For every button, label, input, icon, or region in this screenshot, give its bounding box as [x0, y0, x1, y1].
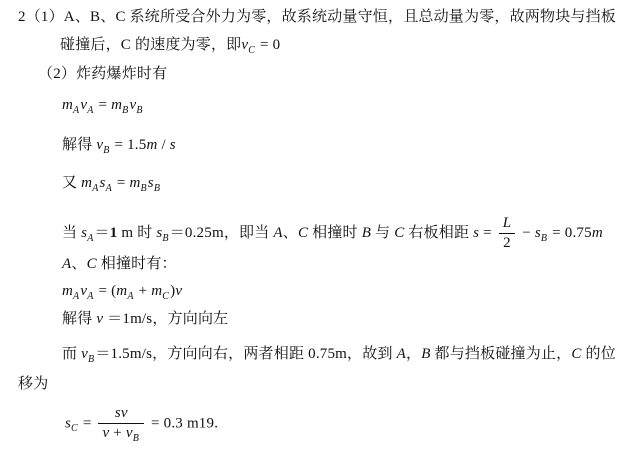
math-variable: C: [571, 346, 581, 362]
math-variable: v: [175, 283, 182, 299]
math-variable: A: [62, 256, 71, 272]
text-run: 的位: [582, 346, 616, 362]
math-variable: s: [170, 137, 176, 153]
math-variable: m: [116, 283, 127, 299]
math-subscript: B: [136, 105, 142, 116]
math-text: = 0: [256, 37, 280, 53]
math-text: +: [135, 283, 152, 299]
math-variable: v: [81, 346, 88, 362]
math-subscript: B: [133, 433, 139, 444]
math-subscript: A: [127, 291, 133, 302]
document-page: 2（1）A、B、C 系统所受合外力为零，故系统动量守恒，且总动量为零，故两物块与…: [0, 0, 625, 458]
math-variable: s: [100, 175, 106, 191]
text-run: 、: [283, 225, 298, 241]
math-subscript: A: [87, 233, 93, 244]
math-subscript: A: [73, 105, 79, 116]
fraction: svv + vB: [98, 405, 144, 443]
math-subscript: B: [162, 233, 168, 244]
fraction-numerator: sv: [98, 405, 144, 424]
math-text: =: [95, 97, 112, 113]
solution-line-4: mAvA = mBvB: [62, 95, 144, 117]
text-run: 方向向右，两者相距: [167, 346, 308, 362]
math-variable: m: [62, 97, 73, 113]
math-variable: sv: [115, 405, 128, 421]
math-variable: m: [81, 175, 92, 191]
math-subscript: A: [106, 183, 112, 194]
text-run: 都与挡板碰撞为止，: [431, 346, 572, 362]
math-variable: m: [592, 225, 603, 241]
text-run: 方向向左: [168, 311, 229, 327]
math-text: = 0.75: [548, 225, 592, 241]
math-subscript: B: [154, 183, 160, 194]
solution-line-8: A、C 相撞时有：: [62, 254, 177, 274]
text-run: 当: [62, 225, 81, 241]
solution-line-13: sC = svv + vB = 0.3 m19.: [65, 405, 218, 443]
text-run: 移为: [18, 376, 48, 392]
math-variable: C: [298, 225, 308, 241]
math-subscript: A: [87, 105, 93, 116]
math-subscript: C: [248, 45, 255, 56]
math-text: ＝1m/s，: [103, 311, 167, 327]
math-text: ＝1.5m/s，: [95, 346, 167, 362]
math-text: =: [113, 175, 130, 191]
text-run: ，故到: [347, 346, 397, 362]
text-run: 又: [62, 175, 81, 191]
math-variable: m: [62, 283, 73, 299]
text-run: 而: [62, 346, 81, 362]
math-variable: B: [421, 346, 430, 362]
math-variable: s: [148, 175, 154, 191]
math-variable: m: [151, 283, 162, 299]
math-text: −: [518, 225, 535, 241]
math-subscript: C: [162, 291, 169, 302]
math-text: = (: [95, 283, 117, 299]
math-subscript: B: [88, 354, 94, 365]
math-subscript: B: [140, 183, 146, 194]
math-subscript: B: [103, 145, 109, 156]
solution-line-2: 碰撞后，C 的速度为零，即vC = 0: [60, 35, 280, 57]
text-run: 2（1）A、B、C 系统所受合外力为零，故系统动量守恒，且总动量为零，故两物块与…: [18, 9, 616, 25]
math-variable: v: [126, 425, 133, 441]
math-subscript: B: [541, 233, 547, 244]
math-text: ＝0.25m，: [170, 225, 239, 241]
solution-line-7: 当 sA＝1 m 时 sB＝0.25m，即当 A、C 相撞时 B 与 C 右板相…: [62, 215, 603, 252]
text-run: 右板相距: [404, 225, 473, 241]
solution-line-1: 2（1）A、B、C 系统所受合外力为零，故系统动量守恒，且总动量为零，故两物块与…: [18, 7, 616, 27]
solution-line-6: 又 mAsA = mBsB: [62, 173, 161, 195]
math-variable: L: [503, 215, 512, 231]
math-subscript: B: [122, 105, 128, 116]
text-run: 解得: [62, 311, 96, 327]
math-variable: s: [535, 225, 541, 241]
math-variable: C: [87, 256, 97, 272]
text-run: 即当: [239, 225, 273, 241]
math-subscript: A: [87, 291, 93, 302]
math-variable: m: [111, 97, 122, 113]
fraction-denominator: 2: [499, 234, 516, 252]
math-variable: C: [394, 225, 404, 241]
text-run: 、: [71, 256, 86, 272]
text-run: 碰撞后，C 的速度为零，即: [60, 37, 241, 53]
math-text: = 0.3 m19.: [147, 415, 218, 431]
math-variable: A: [273, 225, 282, 241]
math-variable: m: [129, 175, 140, 191]
math-text: 0.75m: [308, 346, 347, 362]
text-run: 解得: [62, 137, 96, 153]
math-variable: B: [362, 225, 371, 241]
math-text: ＝: [95, 225, 110, 241]
text-run: 与: [371, 225, 394, 241]
solution-line-9: mAvA = (mA + mC)v: [62, 281, 182, 303]
math-text: =: [79, 415, 96, 431]
text-run: 相撞时: [308, 225, 362, 241]
math-variable: m: [146, 137, 157, 153]
text-run: （2）炸药爆炸时有: [38, 66, 167, 82]
solution-line-11: 而 vB＝1.5m/s，方向向右，两者相距 0.75m，故到 A，B 都与挡板碰…: [62, 344, 616, 366]
solution-line-3: （2）炸药爆炸时有: [38, 64, 167, 84]
math-text: +: [109, 425, 126, 441]
fraction: L2: [499, 215, 516, 252]
math-variable: A: [397, 346, 406, 362]
math-subscript: C: [71, 423, 78, 434]
math-text: 2: [503, 235, 511, 251]
math-text: /: [158, 137, 170, 153]
text-run: m 时: [117, 225, 156, 241]
math-subscript: A: [92, 183, 98, 194]
solution-line-10: 解得 v ＝1m/s，方向向左: [62, 309, 228, 329]
fraction-numerator: L: [499, 215, 516, 234]
solution-line-12: 移为: [18, 374, 48, 394]
text-run: ，: [406, 346, 421, 362]
text-run: 相撞时有：: [97, 256, 177, 272]
fraction-denominator: v + vB: [98, 424, 144, 443]
math-text: = 1.5: [111, 137, 147, 153]
math-subscript: A: [73, 291, 79, 302]
solution-line-5: 解得 vB = 1.5m / s: [62, 135, 176, 157]
math-text: =: [479, 225, 496, 241]
